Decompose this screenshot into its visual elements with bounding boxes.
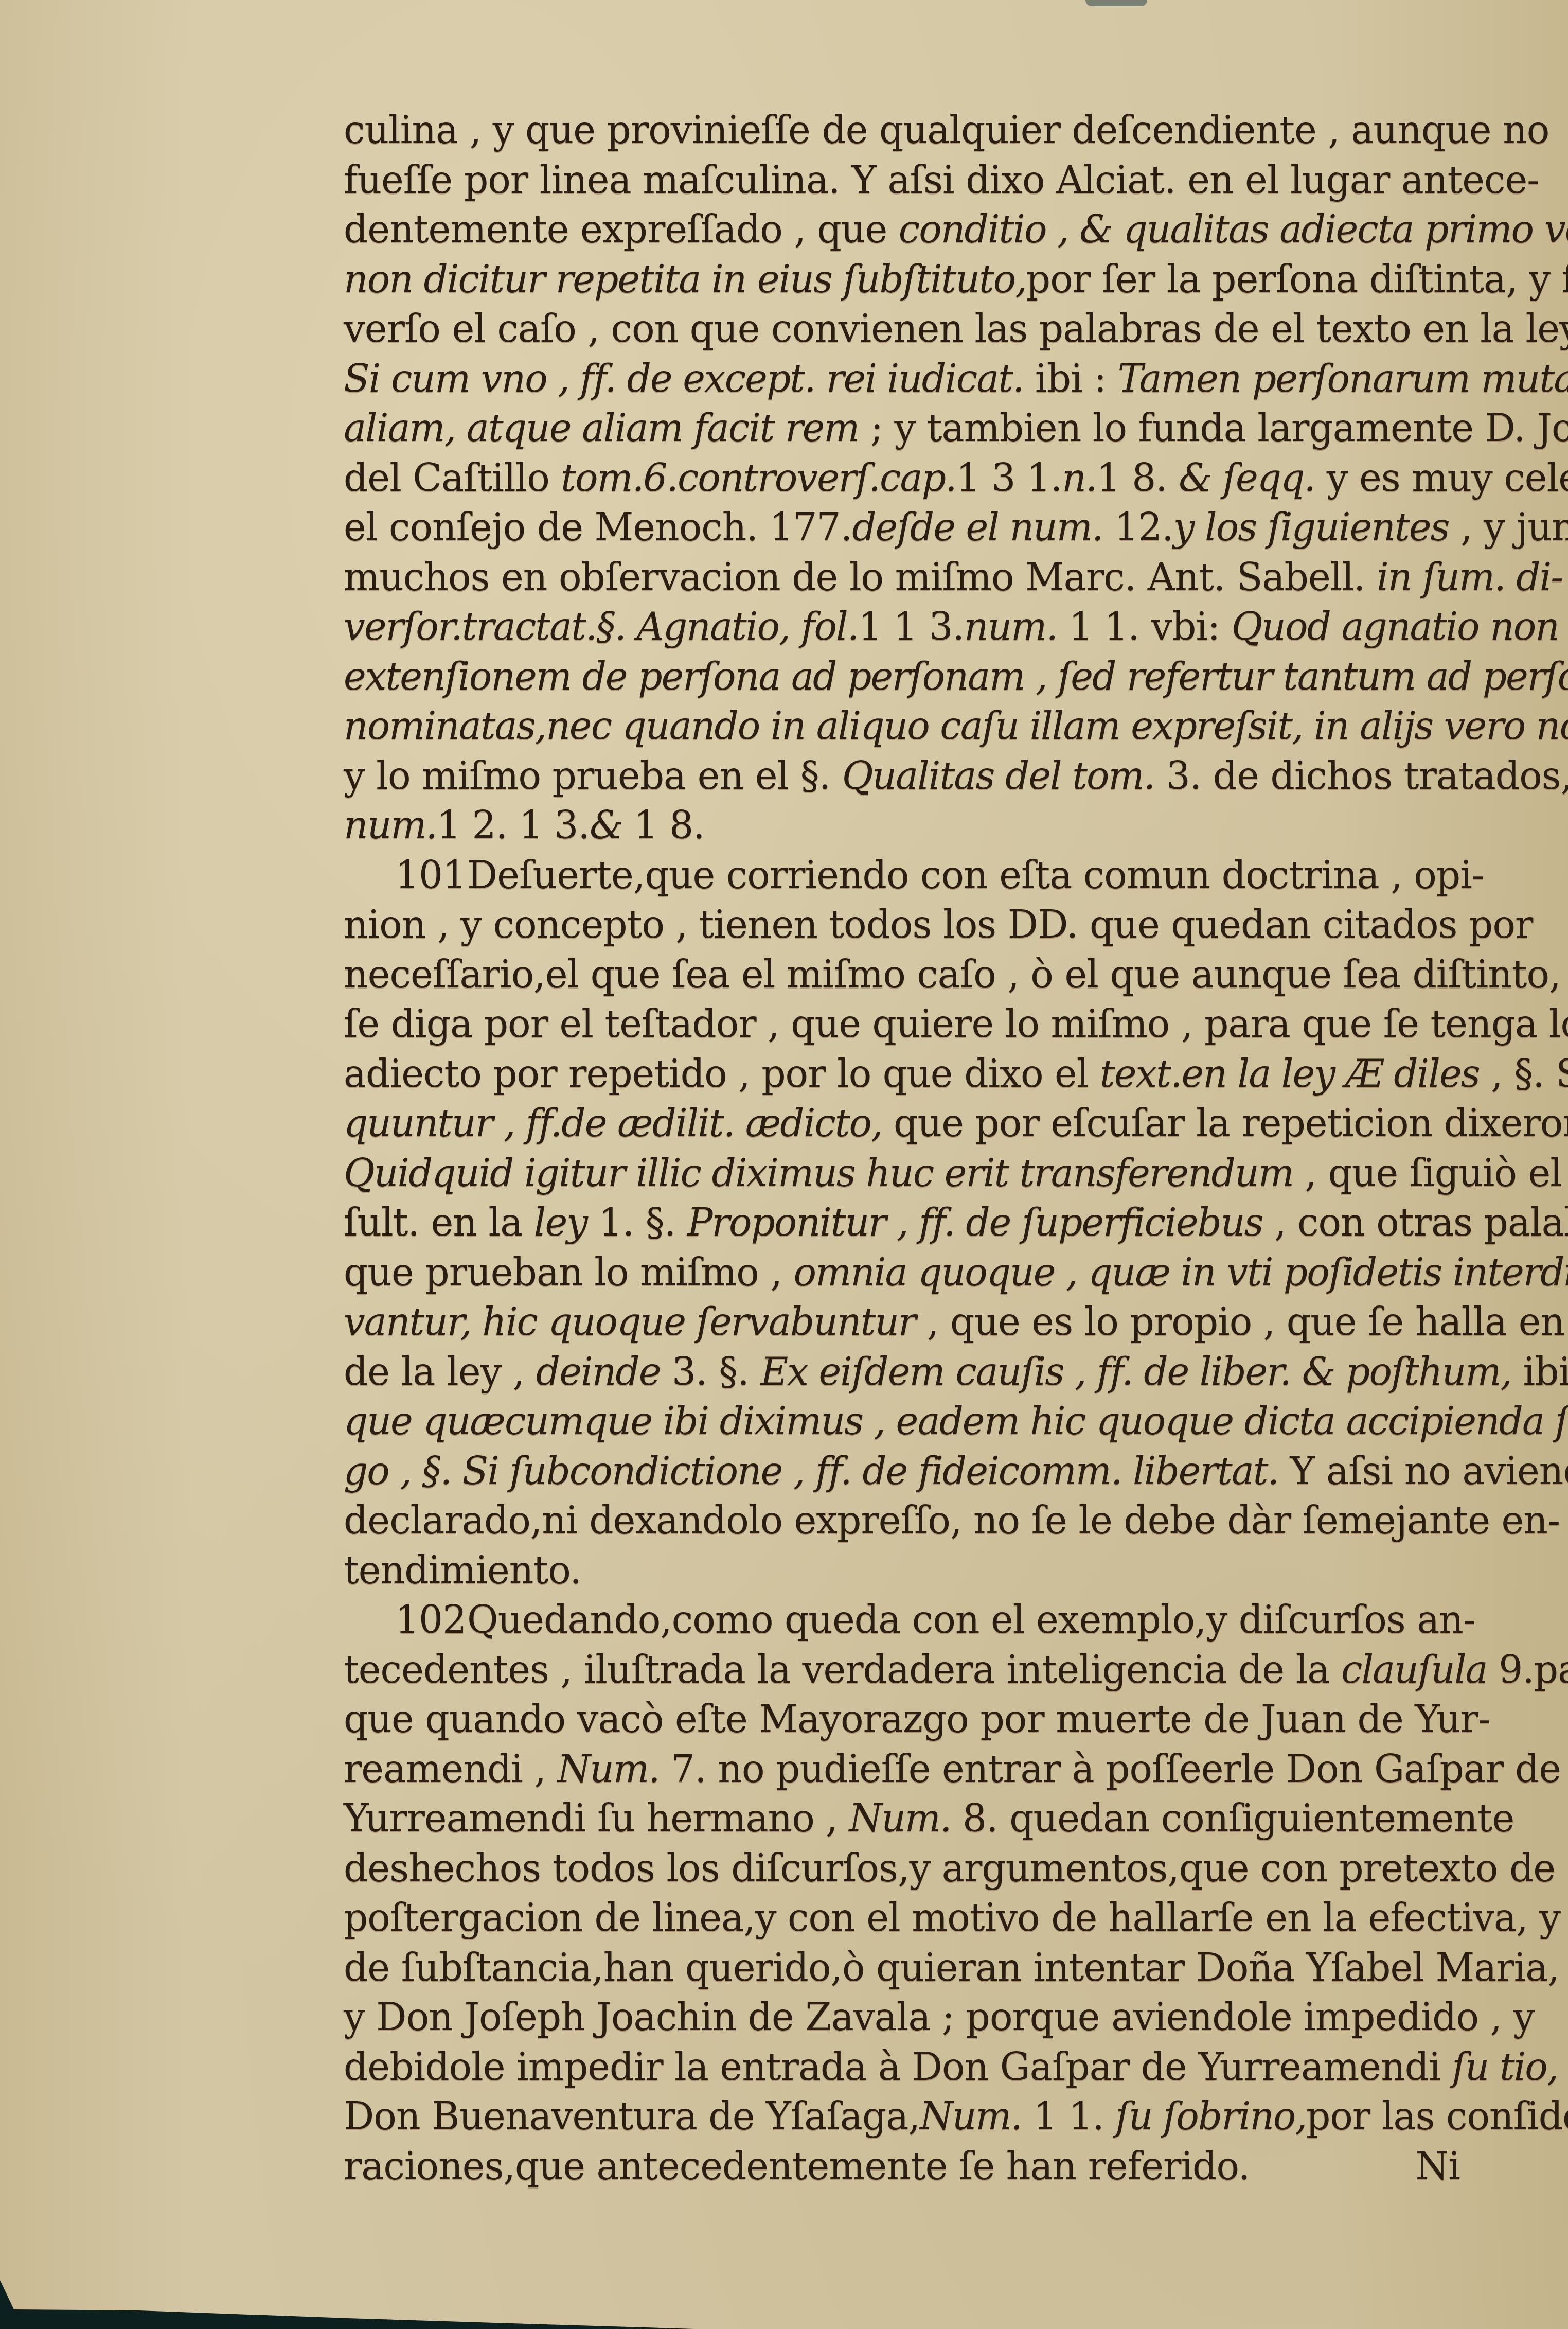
text-line: culina , y que provinieſſe de qualquier …	[344, 105, 1460, 155]
roman-text: del Caſtillo	[344, 456, 561, 500]
roman-text: que quando vacò eſte Mayorazgo por muert…	[344, 1697, 1490, 1741]
roman-text: , y junta	[1449, 505, 1568, 550]
italic-citation: text.en la ley Æ diles	[1100, 1052, 1480, 1096]
text-line: Si cum vno , ff. de except. rei iudicat.…	[344, 354, 1460, 404]
italic-citation: Ex eiſdem cauſis , ff. de liber. & poſth…	[760, 1350, 1511, 1394]
roman-text: Y aſsi no aviendolo	[1278, 1449, 1568, 1493]
roman-text: , que ſiguiò el Con-	[1293, 1151, 1568, 1195]
italic-citation: deſde el num.	[852, 505, 1102, 550]
text-line: Yurreamendi ſu hermano , Num. 8. quedan …	[344, 1794, 1460, 1844]
page-body-text: culina , y que provinieſſe de qualquier …	[344, 105, 1460, 2191]
scanned-page: culina , y que provinieſſe de qualquier …	[0, 0, 1568, 2329]
text-line: non dicitur repetita in eius ſubſtituto,…	[344, 255, 1460, 305]
text-line: tendimiento.	[344, 1546, 1460, 1596]
italic-citation: tom.6.controverſ.cap.	[561, 456, 956, 500]
text-line: poſtergacion de linea,y con el motivo de…	[344, 1893, 1460, 1943]
italic-citation: Qualitas del tom.	[842, 754, 1154, 798]
text-line: go , §. Si ſubcondictione , ff. de fidei…	[344, 1446, 1460, 1496]
italic-citation: go , §. Si ſubcondictione , ff. de fidei…	[344, 1449, 1278, 1493]
roman-text: nion , y concepto , tienen todos los DD.…	[344, 903, 1533, 947]
roman-text: tecedentes , iluſtrada la verdadera inte…	[344, 1648, 1341, 1692]
roman-text: 1 3 1.	[956, 456, 1062, 500]
paragraph-start-line: 102Quedando,como queda con el exemplo,y …	[344, 1595, 1460, 1645]
text-line: debidole impedir la entrada à Don Gaſpar…	[344, 2042, 1460, 2092]
roman-text: Deſuerte,que corriendo con eſta comun do…	[467, 853, 1484, 897]
roman-text: tendimiento.	[344, 1548, 581, 1593]
roman-text: 1 1 3.	[858, 605, 964, 649]
roman-text: y Don Joſeph Joachin de Zavala ; porque …	[344, 1995, 1534, 2039]
text-line: num.1 2. 1 3.& 1 8.	[344, 801, 1460, 851]
text-line: deshechos todos los diſcurſos,y argument…	[344, 1844, 1460, 1894]
roman-text: debidole impedir la entrada à Don Gaſpar…	[344, 2045, 1452, 2089]
text-line: y Don Joſeph Joachin de Zavala ; porque …	[344, 1992, 1460, 2042]
italic-citation: ſu ſobrino,	[1115, 2094, 1306, 2139]
roman-text: ſe diga por el teſtador , que quiere lo …	[344, 1002, 1568, 1046]
text-line: que prueban lo miſmo , omnia quoque , qu…	[344, 1248, 1460, 1298]
roman-text: declarado,ni dexandolo expreſſo, no ſe l…	[344, 1498, 1560, 1543]
italic-citation: y los ſiguientes	[1173, 505, 1449, 550]
roman-text: de ſubſtancia,han querido,ò quieran inte…	[344, 1946, 1559, 1990]
roman-text: verſo el caſo , con que convienen las pa…	[344, 307, 1568, 351]
text-line: nion , y concepto , tienen todos los DD.…	[344, 900, 1460, 950]
text-line: raciones,que antecedentemente ſe han ref…	[344, 2142, 1460, 2192]
roman-text: ibi :	[1024, 357, 1118, 401]
text-line: aliam, atque aliam facit rem ; y tambien…	[344, 403, 1460, 453]
text-line: ſe diga por el teſtador , que quiere lo …	[344, 999, 1460, 1049]
italic-citation: Num.	[558, 1747, 660, 1791]
roman-text: culina , y que provinieſſe de qualquier …	[344, 108, 1549, 152]
scan-edge-mark	[1085, 0, 1147, 6]
text-line: tecedentes , iluſtrada la verdadera inte…	[344, 1645, 1460, 1695]
text-line: muchos en obſervacion de lo miſmo Marc. …	[344, 553, 1460, 603]
roman-text: 1. §.	[587, 1201, 687, 1245]
text-line: verſo el caſo , con que convienen las pa…	[344, 304, 1460, 354]
text-line: nominatas,nec quando in aliquo caſu illa…	[344, 701, 1460, 751]
roman-text: 1 1. vbi:	[1057, 605, 1232, 649]
roman-text: y es muy celebre	[1315, 456, 1568, 500]
text-line: reamendi , Num. 7. no pudieſſe entrar à …	[344, 1744, 1460, 1794]
text-line: que quæcumque ibi diximus , eadem hic qu…	[344, 1397, 1460, 1446]
italic-citation: Num.	[920, 2094, 1022, 2139]
paragraph-number: 102	[344, 1595, 467, 1645]
roman-text: , con otras palabras,	[1262, 1201, 1568, 1245]
text-line: de la ley , deinde 3. §. Ex eiſdem cauſi…	[344, 1347, 1460, 1397]
roman-text: neceſſario,el que ſea el miſmo caſo , ò …	[344, 952, 1561, 997]
roman-text: raciones,que antecedentemente ſe han ref…	[344, 2144, 1250, 2189]
italic-citation: extenſionem de perſona ad perſonam , ſed…	[344, 655, 1568, 699]
italic-citation: ley	[534, 1201, 587, 1245]
roman-text: 1 2. 1 3.	[437, 803, 590, 848]
text-line: fueſſe por linea maſculina. Y aſsi dixo …	[344, 155, 1460, 205]
roman-text: 1 8.	[622, 803, 705, 848]
italic-citation: num.	[344, 803, 437, 848]
italic-citation: in ſum. di-	[1377, 555, 1562, 599]
text-line: Don Buenaventura de Yſaſaga,Num. 1 1. ſu…	[344, 2092, 1460, 2142]
roman-text: por las conſide-	[1306, 2094, 1568, 2139]
roman-text: poſtergacion de linea,y con el motivo de…	[344, 1896, 1560, 1940]
italic-citation: num.	[964, 605, 1057, 649]
text-line: ſult. en la ley 1. §. Proponitur , ff. d…	[344, 1198, 1460, 1248]
roman-text: Quedando,como queda con el exemplo,y diſ…	[467, 1598, 1475, 1642]
text-line: neceſſario,el que ſea el miſmo caſo , ò …	[344, 950, 1460, 1000]
italic-citation: aliam, atque aliam facit rem	[344, 406, 859, 450]
roman-text: ; y tambien lo funda largamente D. Joan	[859, 406, 1568, 450]
roman-text: por ſer la perſona diſtinta, y ſer di-	[1026, 257, 1568, 302]
roman-text: 7. no pudieſſe entrar à poſſeerle Don Ga…	[660, 1747, 1561, 1791]
text-line: extenſionem de perſona ad perſonam , ſed…	[344, 652, 1460, 702]
roman-text: que por eſcuſar la repeticion dixeron,ib…	[882, 1101, 1568, 1145]
text-line: declarado,ni dexandolo expreſſo, no ſe l…	[344, 1496, 1460, 1546]
roman-text: muchos en obſervacion de lo miſmo Marc. …	[344, 555, 1377, 599]
italic-citation: quuntur , ff.de ædilit. ædicto,	[344, 1101, 882, 1145]
roman-text: dentemente expreſſado , que	[344, 207, 899, 252]
italic-citation: non dicitur repetita in eius ſubſtituto,	[344, 257, 1026, 302]
italic-citation: deinde	[536, 1350, 661, 1394]
italic-citation: que quæcumque ibi diximus , eadem hic qu…	[344, 1399, 1568, 1443]
italic-citation: ſu tio,	[1452, 2045, 1558, 2089]
roman-text: 1 8.	[1097, 456, 1179, 500]
italic-citation: omnia quoque , quæ in vti poſidetis inte…	[793, 1250, 1568, 1295]
italic-citation: Proponitur , ff. de ſuperficiebus	[687, 1201, 1263, 1245]
italic-citation: &	[590, 803, 622, 848]
text-line: adiecto por repetido , por lo que dixo e…	[344, 1049, 1460, 1099]
italic-citation: Si cum vno , ff. de except. rei iudicat.	[344, 357, 1024, 401]
roman-text: reamendi ,	[344, 1747, 558, 1791]
text-line: vantur, hic quoque ſervabuntur , que es …	[344, 1297, 1460, 1347]
italic-citation: verſor.tractat.§. Agnatio, fol.	[344, 605, 858, 649]
roman-text: fueſſe por linea maſculina. Y aſsi dixo …	[344, 158, 1539, 202]
text-line: Quidquid igitur illic diximus huc erit t…	[344, 1149, 1460, 1198]
roman-text: , que es lo propio , que ſe halla en otr…	[915, 1300, 1568, 1344]
italic-citation: Quidquid igitur illic diximus huc erit t…	[344, 1151, 1293, 1195]
scanner-shadow	[0, 2280, 694, 2329]
roman-text: 3. de dichos tratados,	[1154, 754, 1568, 798]
italic-citation: Num.	[849, 1796, 951, 1841]
text-line: dentemente expreſſado , que conditio , &…	[344, 205, 1460, 255]
paragraph-number: 101	[344, 851, 467, 901]
text-line: quuntur , ff.de ædilit. ædicto, que por …	[344, 1099, 1460, 1149]
italic-citation: conditio , & qualitas adiecta primo voca…	[899, 207, 1568, 252]
roman-text: de la ley ,	[344, 1350, 536, 1394]
text-line: verſor.tractat.§. Agnatio, fol.1 1 3.num…	[344, 602, 1460, 652]
roman-text: 12.	[1102, 505, 1173, 550]
text-line: de ſubſtancia,han querido,ò quieran inte…	[344, 1943, 1460, 1993]
roman-text: el conſejo de Menoch. 177.	[344, 505, 852, 550]
roman-text: que prueban lo miſmo ,	[344, 1250, 793, 1295]
italic-citation: Quod agnatio non operatur	[1232, 605, 1568, 649]
roman-text: adiecto por repetido , por lo que dixo e…	[344, 1052, 1100, 1096]
italic-citation: n.	[1062, 456, 1096, 500]
roman-text: 3. §.	[660, 1350, 760, 1394]
roman-text: , §. Se-	[1480, 1052, 1568, 1096]
italic-citation: vantur, hic quoque ſervabuntur	[344, 1300, 915, 1344]
roman-text: Don Buenaventura de Yſaſaga,	[344, 2094, 920, 2139]
roman-text: ſult. en la	[344, 1201, 534, 1245]
roman-text: deshechos todos los diſcurſos,y argument…	[344, 1846, 1555, 1891]
roman-text: y lo miſmo prueba en el §.	[344, 754, 842, 798]
roman-text: ibi :	[1511, 1350, 1568, 1394]
italic-citation: clauſula	[1341, 1648, 1487, 1692]
italic-citation: nominatas,nec quando in aliquo caſu illa…	[344, 704, 1568, 748]
italic-citation: & ſeqq.	[1179, 456, 1315, 500]
text-line: que quando vacò eſte Mayorazgo por muert…	[344, 1695, 1460, 1744]
text-line: el conſejo de Menoch. 177.deſde el num. …	[344, 503, 1460, 553]
roman-text: 8. quedan conſiguientemente	[951, 1796, 1514, 1841]
catchword: Ni	[1416, 2142, 1460, 2192]
text-line: del Caſtillo tom.6.controverſ.cap.1 3 1.…	[344, 453, 1460, 503]
roman-text: 1 1.	[1022, 2094, 1115, 2139]
italic-citation: Tamen perſonarum mutatio,	[1118, 357, 1568, 401]
text-line: y lo miſmo prueba en el §. Qualitas del …	[344, 751, 1460, 801]
roman-text: Yurreamendi ſu hermano ,	[344, 1796, 849, 1841]
paragraph-start-line: 101Deſuerte,que corriendo con eſta comun…	[344, 851, 1460, 901]
roman-text: 9.para	[1487, 1648, 1568, 1692]
